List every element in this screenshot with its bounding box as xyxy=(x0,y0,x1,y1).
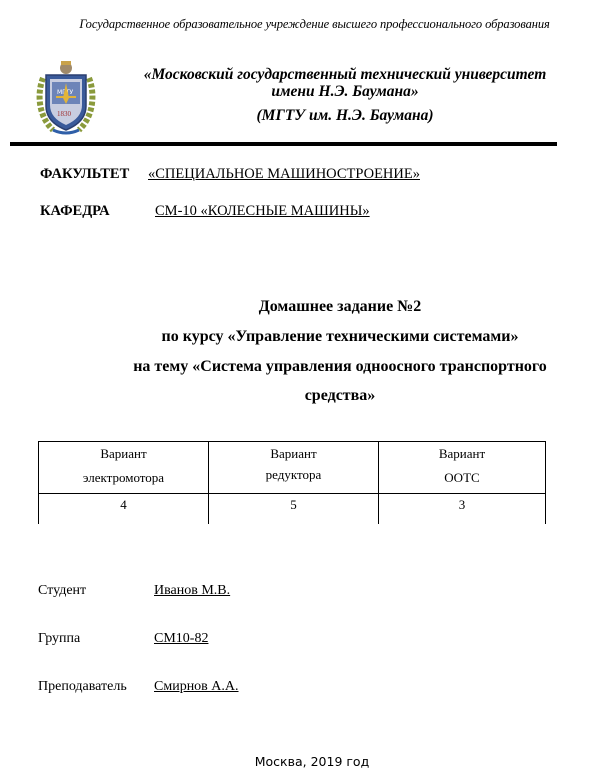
city-year: Москва, 2019 год xyxy=(0,754,599,769)
faculty-value: «СПЕЦИАЛЬНОЕ МАШИНОСТРОЕНИЕ» xyxy=(148,166,420,183)
variants-header-row: Вариант электромотора Вариант редуктора … xyxy=(39,442,546,494)
faculty-label: ФАКУЛЬТЕТ xyxy=(40,166,129,183)
university-name-line1: «Московский государственный технический … xyxy=(140,66,550,84)
value-oots: 3 xyxy=(379,494,546,525)
header-cell-oots: Вариант ООТС xyxy=(379,442,546,494)
header-divider xyxy=(10,142,557,146)
group-label: Группа xyxy=(38,631,80,647)
header-reducer-line1: Вариант xyxy=(209,442,378,466)
header-motor-line2: электромотора xyxy=(39,466,208,490)
svg-text:1830: 1830 xyxy=(57,110,72,118)
assignment-course: по курсу «Управление техническими систем… xyxy=(60,328,599,346)
department-value: СМ-10 «КОЛЕСНЫЕ МАШИНЫ» xyxy=(155,203,370,220)
header-cell-reducer: Вариант редуктора xyxy=(209,442,379,494)
assignment-title: Домашнее задание №2 xyxy=(60,298,599,316)
institution-type: Государственное образовательное учрежден… xyxy=(0,17,599,32)
header-oots-line2: ООТС xyxy=(379,466,545,490)
header-reducer-line2: редуктора xyxy=(209,466,378,483)
student-label: Студент xyxy=(38,583,86,599)
value-motor: 4 xyxy=(39,494,209,525)
header-oots-line1: Вариант xyxy=(379,442,545,466)
value-reducer: 5 xyxy=(209,494,379,525)
variants-values-row: 4 5 3 xyxy=(39,494,546,525)
header-motor-line1: Вариант xyxy=(39,442,208,466)
university-name-line2: имени Н.Э. Баумана» xyxy=(140,83,550,101)
assignment-topic-line2: средства» xyxy=(60,387,599,405)
student-value: Иванов М.В. xyxy=(154,583,230,599)
department-label: КАФЕДРА xyxy=(40,203,110,220)
teacher-value: Смирнов А.А. xyxy=(154,679,239,695)
variants-table: Вариант электромотора Вариант редуктора … xyxy=(38,441,546,524)
group-value: СМ10-82 xyxy=(154,631,208,647)
teacher-label: Преподаватель xyxy=(38,679,127,695)
assignment-topic-line1: на тему «Система управления одноосного т… xyxy=(60,358,599,376)
bmstu-crest-icon: МГТУ 1830 xyxy=(35,58,97,136)
university-short-name: (МГТУ им. Н.Э. Баумана) xyxy=(140,107,550,125)
header-cell-motor: Вариант электромотора xyxy=(39,442,209,494)
